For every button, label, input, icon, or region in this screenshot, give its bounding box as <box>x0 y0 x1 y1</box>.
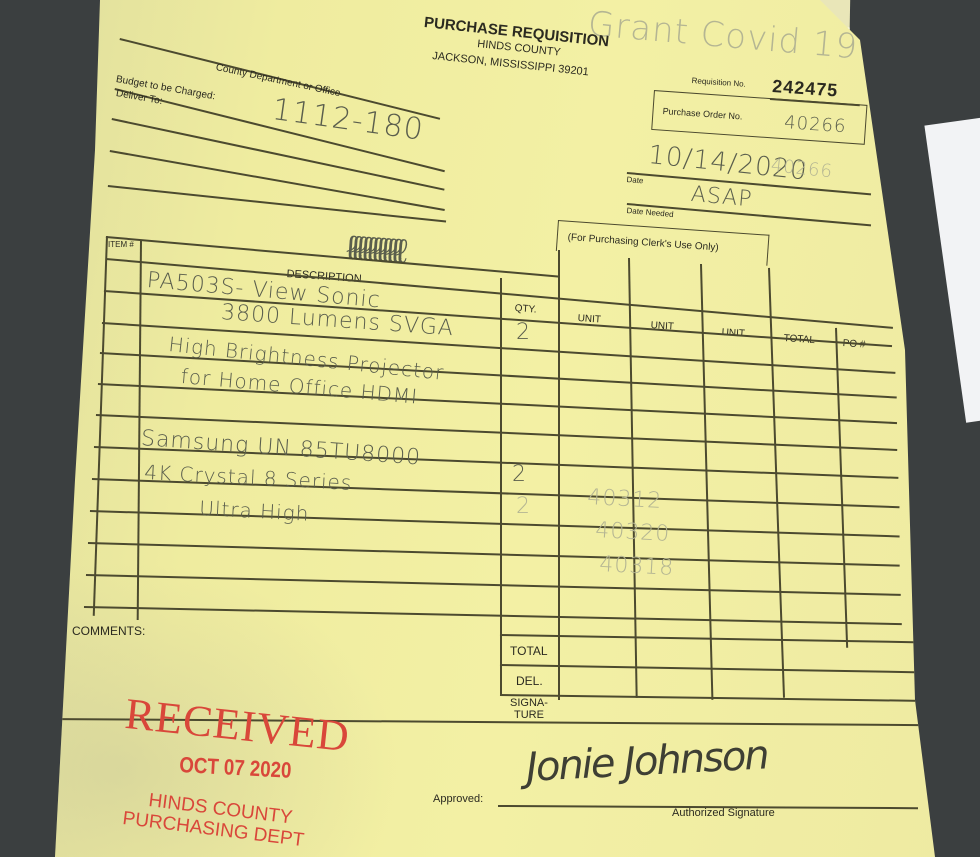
table-row-qty: 2 <box>516 494 531 519</box>
comments-label: COMMENTS: <box>72 624 145 638</box>
requisition-number: 242475 <box>772 76 839 102</box>
column-header-qty: QTY. <box>514 303 537 316</box>
budget-value: 1112-180 <box>270 92 426 148</box>
faint-unit-note: 40320 <box>595 518 671 547</box>
authorized-signature: Jonie Johnson <box>525 732 769 791</box>
date-needed-value: ASAP <box>690 182 754 212</box>
total-label: TOTAL <box>510 644 548 658</box>
county-address: JACKSON, MISSISSIPPI 39201 <box>432 50 590 78</box>
del-label: DEL. <box>516 674 543 688</box>
background-white-sheet <box>924 117 980 422</box>
purchase-requisition-form: Grant Covid 19 PURCHASE REQUISITION HIND… <box>0 0 980 857</box>
purchase-order-number: 40266 <box>784 112 848 137</box>
date-label: Date <box>626 175 644 185</box>
handwritten-grant-note: Grant Covid 19 <box>587 4 860 67</box>
table-row-qty: 2 <box>516 320 531 345</box>
approved-label: Approved: <box>433 793 483 805</box>
column-header-item: ITEM # <box>108 240 134 249</box>
table-row-description: Ultra High <box>199 496 310 526</box>
signature-label: SIGNA- TURE <box>510 697 548 721</box>
requisition-number-label: Requisition No. <box>691 76 746 89</box>
table-row-qty: 2 <box>512 462 527 487</box>
scribble-mark: ℓℓℓℓℓℓℓℓℓℓℓ <box>345 228 403 272</box>
faint-unit-note: 40312 <box>587 485 663 514</box>
table-row-description: 4K Crystal 8 Series <box>144 460 353 495</box>
faint-unit-note: 40318 <box>599 552 675 581</box>
authorized-signature-label: Authorized Signature <box>672 807 775 819</box>
